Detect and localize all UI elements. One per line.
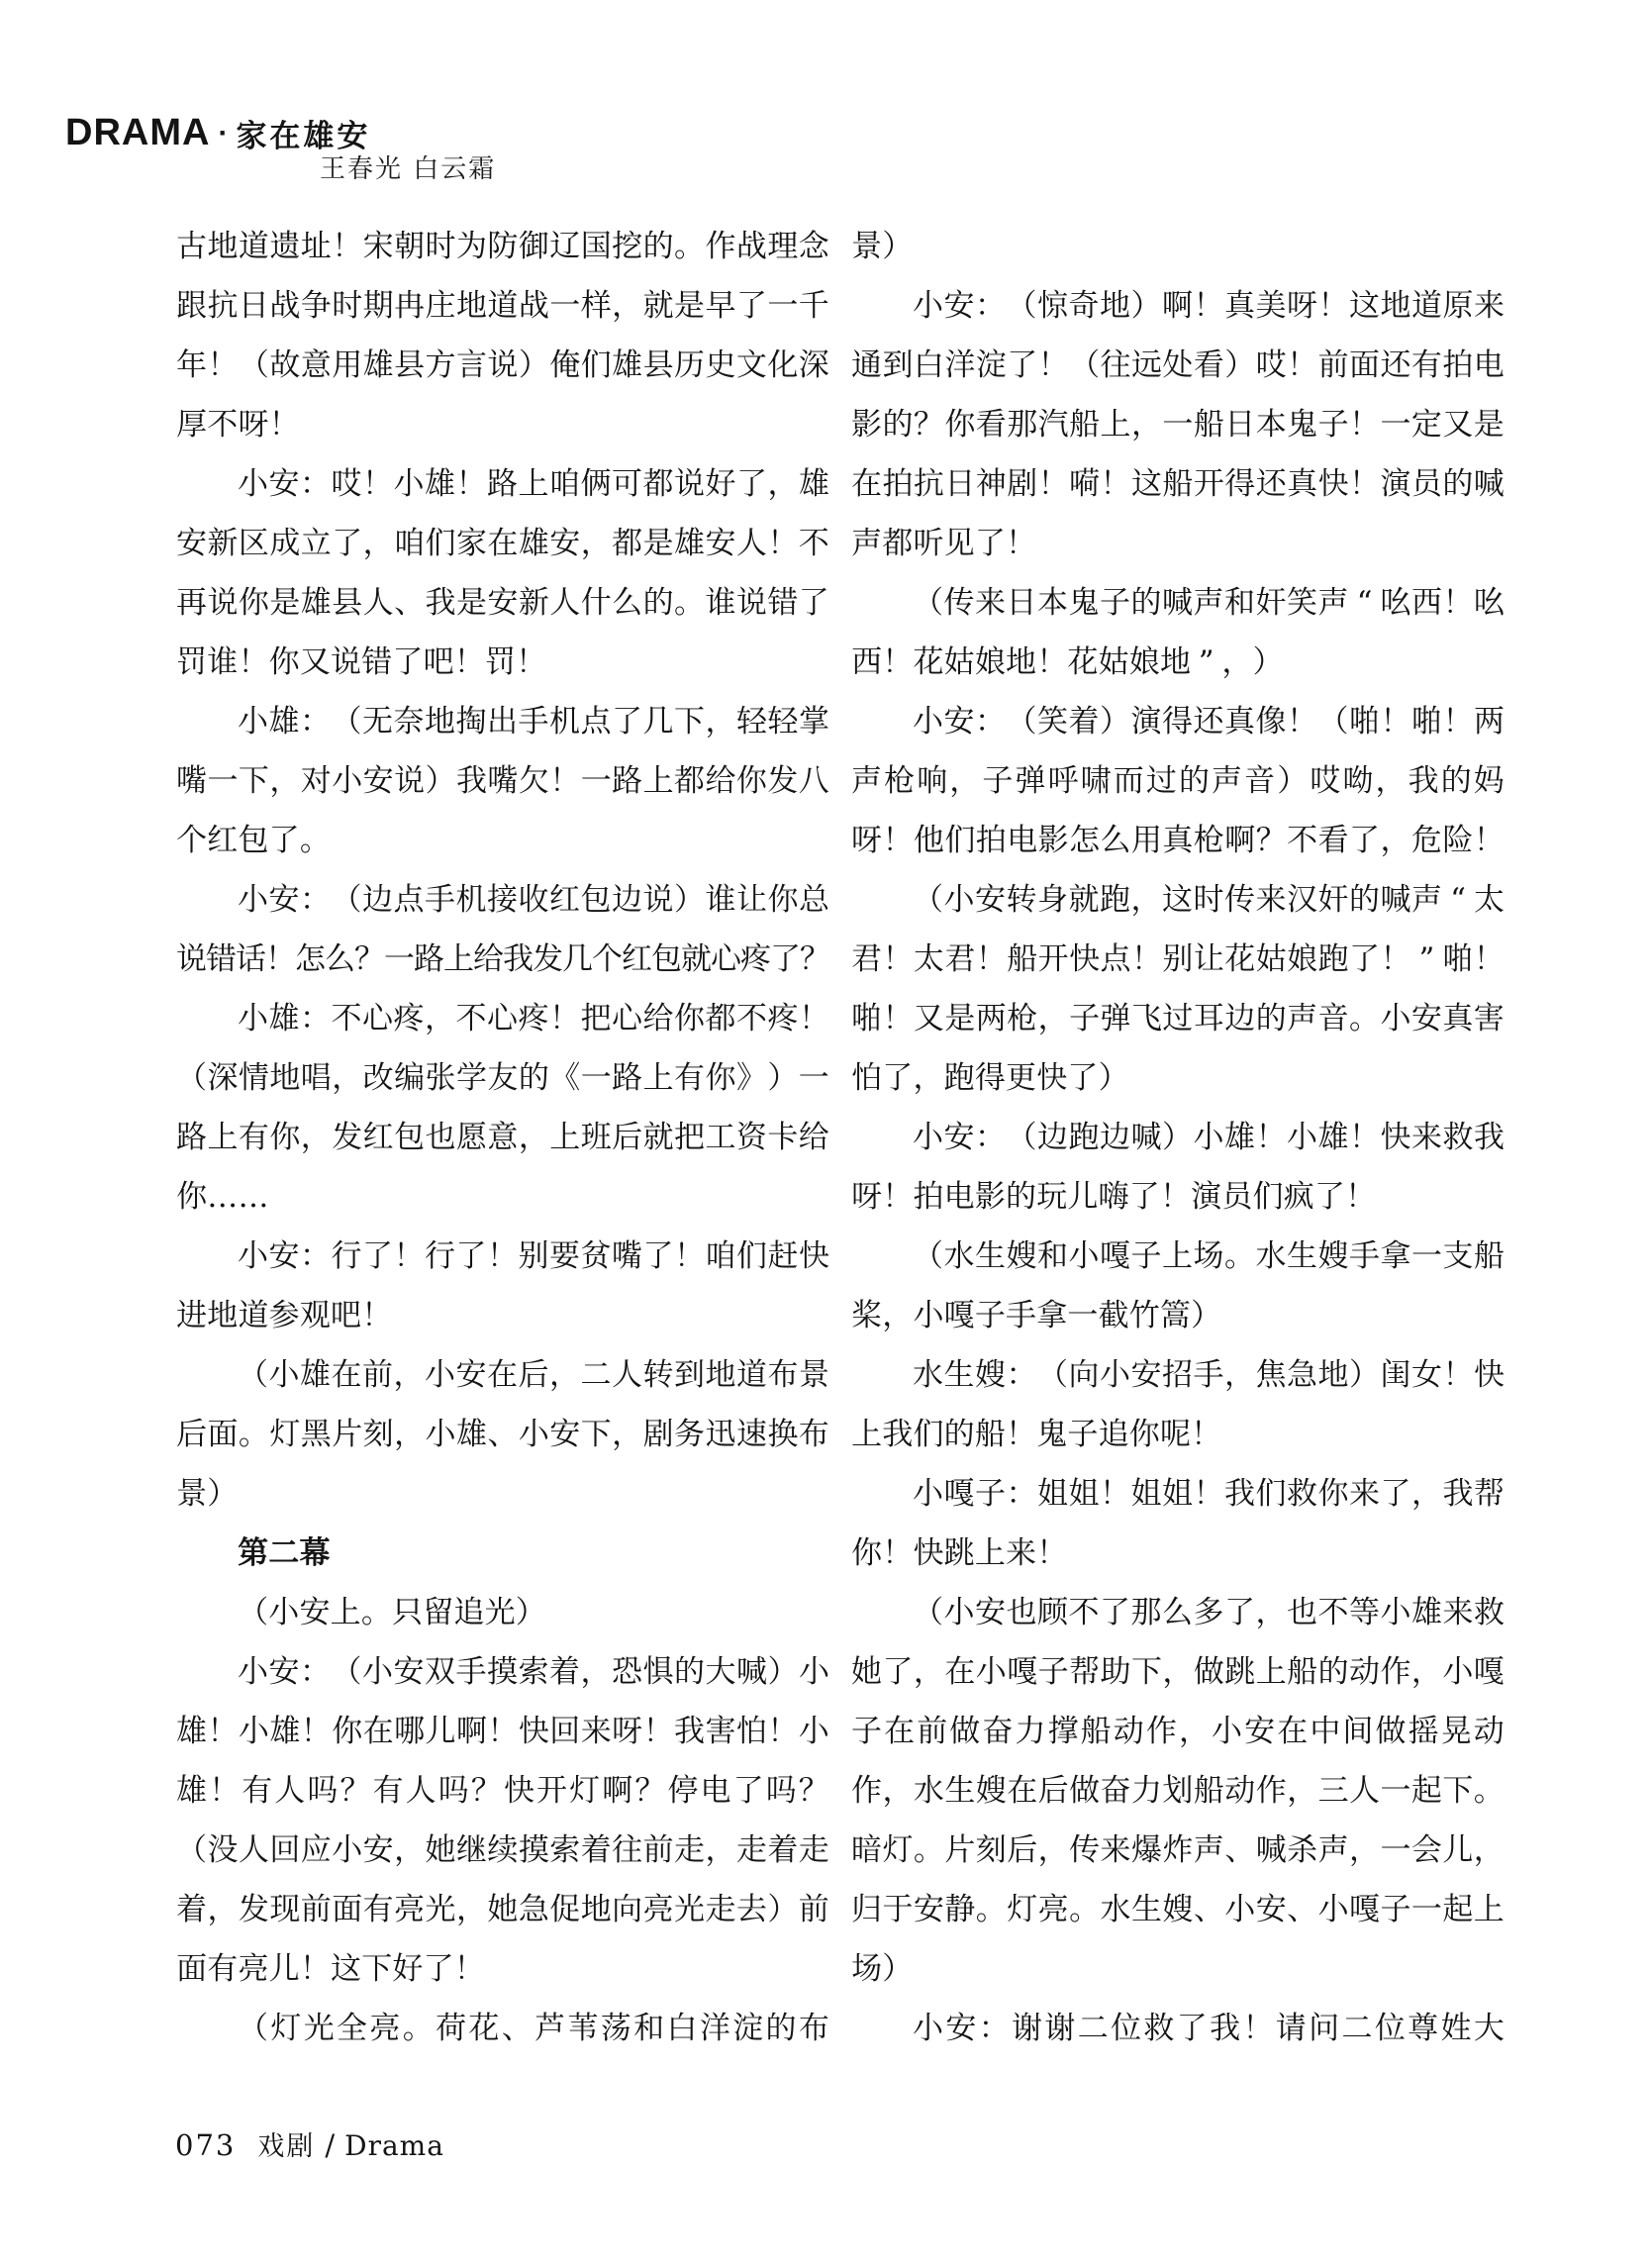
text-line: 景） [851, 217, 1505, 276]
text-line: 着，发现前面有亮光，她急促地向亮光走去）前 [176, 1880, 829, 1939]
separator-dot: · [218, 117, 228, 149]
text-line: （传来日本鬼子的喊声和奸笑声“吆西！吆 [851, 573, 1505, 633]
text-line: 声枪响，子弹呼啸而过的声音）哎呦，我的妈 [851, 751, 1505, 811]
text-column-left: 古地道遗址！宋朝时为防御辽国挖的。作战理念跟抗日战争时期冉庄地道战一样，就是早了… [176, 217, 829, 2058]
text-line: 古地道遗址！宋朝时为防御辽国挖的。作战理念 [176, 217, 829, 276]
text-line: 小安：行了！行了！别要贫嘴了！咱们赶快 [176, 1227, 829, 1286]
text-line: 面有亮儿！这下好了！ [176, 1939, 829, 1999]
text-line: 小安：谢谢二位救了我！请问二位尊姓大 [851, 1999, 1505, 2058]
text-line: （小安转身就跑，这时传来汉奸的喊声“太 [851, 870, 1505, 930]
text-line: 路上有你，发红包也愿意，上班后就把工资卡给 [176, 1108, 829, 1167]
text-line: 啪！又是两枪，子弹飞过耳边的声音。小安真害 [851, 989, 1505, 1048]
text-line: （小安也顾不了那么多了，也不等小雄来救 [851, 1583, 1505, 1642]
text-line: 影的？你看那汽船上，一船日本鬼子！一定又是 [851, 395, 1505, 454]
text-line: 君！太君！船开快点！别让花姑娘跑了！”啪！ [851, 930, 1505, 989]
text-line: 雄！有人吗？有人吗？快开灯啊？停电了吗？ [176, 1761, 829, 1821]
author-names: 王春光 白云霜 [320, 148, 496, 185]
act-heading: 第二幕 [176, 1524, 829, 1583]
text-line: 水生嫂：（向小安招手，焦急地）闺女！快 [851, 1345, 1505, 1405]
text-line: 厚不呀！ [176, 395, 829, 454]
text-line: 小雄：（无奈地掏出手机点了几下，轻轻掌 [176, 692, 829, 751]
magazine-page: DRAMA·家在雄安 王春光 白云霜 古地道遗址！宋朝时为防御辽国挖的。作战理念… [0, 0, 1651, 2268]
text-column-right: 景）小安：（惊奇地）啊！真美呀！这地道原来通到白洋淀了！（往远处看）哎！前面还有… [851, 217, 1505, 2058]
text-line: （小安上。只留追光） [176, 1583, 829, 1642]
text-line: （水生嫂和小嘎子上场。水生嫂手拿一支船 [851, 1227, 1505, 1286]
page-number: 073 [175, 2128, 236, 2162]
text-line: 在拍抗日神剧！嗬！这船开得还真快！演员的喊 [851, 454, 1505, 514]
footer-slash: / [325, 2128, 335, 2162]
text-line: 小安：（小安双手摸索着，恐惧的大喊）小 [176, 1642, 829, 1702]
text-line: （小雄在前，小安在后，二人转到地道布景 [176, 1345, 829, 1405]
text-line: 小安：（边跑边喊）小雄！小雄！快来救我 [851, 1108, 1505, 1167]
text-line: 小安：（惊奇地）啊！真美呀！这地道原来 [851, 276, 1505, 336]
text-line: 小安：哎！小雄！路上咱俩可都说好了，雄 [176, 454, 829, 514]
text-line: 说错话！怎么？一路上给我发几个红包就心疼了？ [176, 930, 829, 989]
text-line: 小安：（边点手机接收红包边说）谁让你总 [176, 870, 829, 930]
text-line: 个红包了。 [176, 811, 829, 870]
text-line: 小安：（笑着）演得还真像！（啪！啪！两 [851, 692, 1505, 751]
journal-name-cn: 戏剧 [257, 2131, 315, 2162]
text-line: 景） [176, 1464, 829, 1524]
section-label-en: DRAMA [65, 112, 210, 153]
text-line: 她了，在小嘎子帮助下，做跳上船的动作，小嘎 [851, 1642, 1505, 1702]
text-line: 归于安静。灯亮。水生嫂、小安、小嘎子一起上 [851, 1880, 1505, 1939]
text-line: 后面。灯黑片刻，小雄、小安下，剧务迅速换布 [176, 1405, 829, 1464]
text-line: 呀！拍电影的玩儿嗨了！演员们疯了！ [851, 1167, 1505, 1227]
text-line: 怕了，跑得更快了） [851, 1048, 1505, 1108]
text-line: 年！（故意用雄县方言说）俺们雄县历史文化深 [176, 336, 829, 395]
text-line: 通到白洋淀了！（往远处看）哎！前面还有拍电 [851, 336, 1505, 395]
text-line: 罚谁！你又说错了吧！罚！ [176, 633, 829, 692]
text-line: 子在前做奋力撑船动作，小安在中间做摇晃动 [851, 1702, 1505, 1761]
text-line: 小雄：不心疼，不心疼！把心给你都不疼！ [176, 989, 829, 1048]
text-line: 雄！小雄！你在哪儿啊！快回来呀！我害怕！小 [176, 1702, 829, 1761]
text-line: 跟抗日战争时期冉庄地道战一样，就是早了一千 [176, 276, 829, 336]
journal-name-en: Drama [344, 2129, 444, 2162]
text-line: 上我们的船！鬼子追你呢！ [851, 1405, 1505, 1464]
text-line: 你…… [176, 1167, 829, 1227]
text-line: （灯光全亮。荷花、芦苇荡和白洋淀的布 [176, 1999, 829, 2058]
text-line: 再说你是雄县人、我是安新人什么的。谁说错了 [176, 573, 829, 633]
text-line: 进地道参观吧！ [176, 1286, 829, 1345]
text-line: 桨，小嘎子手拿一截竹篙） [851, 1286, 1505, 1345]
text-line: 作，水生嫂在后做奋力划船动作，三人一起下。 [851, 1761, 1505, 1821]
text-line: 声都听见了！ [851, 514, 1505, 573]
text-line: 呀！他们拍电影怎么用真枪啊？不看了，危险！ [851, 811, 1505, 870]
text-line: 安新区成立了，咱们家在雄安，都是雄安人！不 [176, 514, 829, 573]
text-line: 西！花姑娘地！花姑娘地”，） [851, 633, 1505, 692]
text-line: （没人回应小安，她继续摸索着往前走，走着走 [176, 1821, 829, 1880]
text-line: 暗灯。片刻后，传来爆炸声、喊杀声，一会儿， [851, 1821, 1505, 1880]
text-line: 嘴一下，对小安说）我嘴欠！一路上都给你发八 [176, 751, 829, 811]
text-line: 你！快跳上来！ [851, 1524, 1505, 1583]
text-line: 场） [851, 1939, 1505, 1999]
text-line: （深情地唱，改编张学友的《一路上有你》）一 [176, 1048, 829, 1108]
page-footer: 073戏剧/Drama [175, 2124, 444, 2163]
text-line: 小嘎子：姐姐！姐姐！我们救你来了，我帮 [851, 1464, 1505, 1524]
